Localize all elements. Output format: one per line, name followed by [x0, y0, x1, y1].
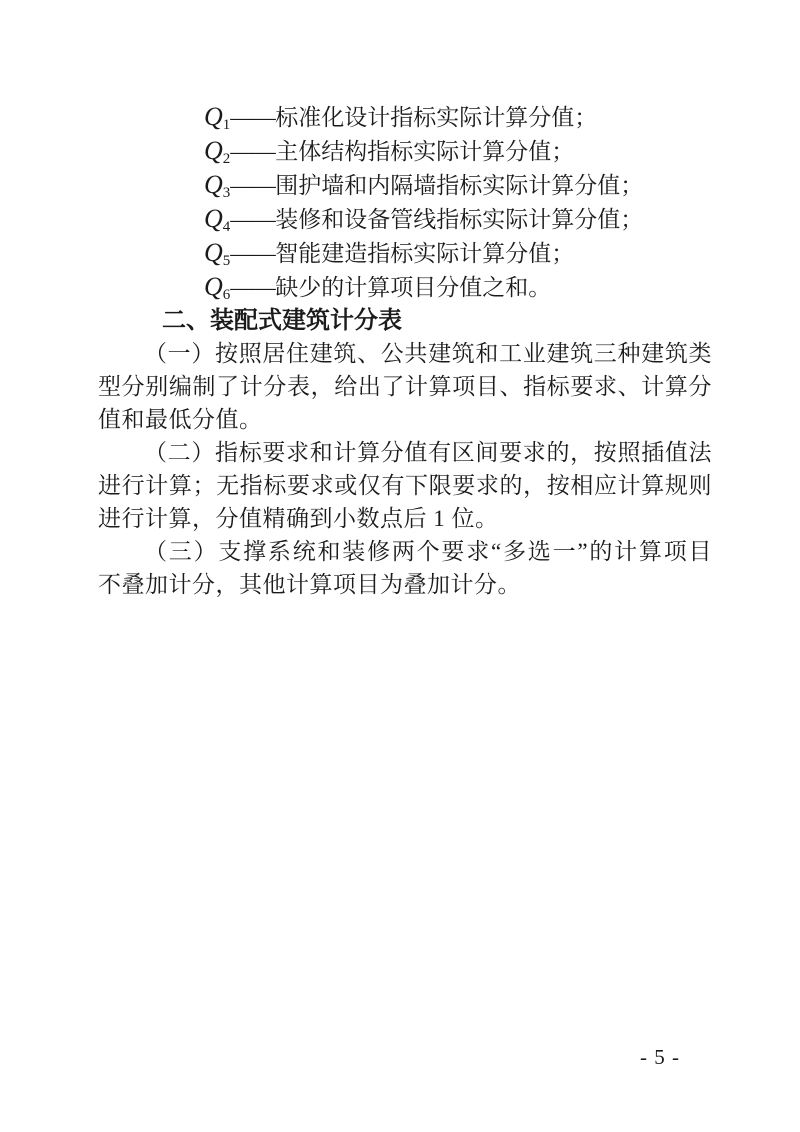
q-letter: Q	[204, 204, 223, 233]
definition-dash: ——	[230, 139, 275, 164]
definition-text: 围护墙和内隔墙指标实际计算分值；	[275, 173, 643, 198]
q-symbol: Q3	[204, 173, 230, 198]
definition-dash: ——	[230, 173, 275, 198]
q-letter: Q	[204, 102, 223, 131]
document-body: Q1——标准化设计指标实际计算分值；Q2——主体结构指标实际计算分值；Q3——围…	[98, 100, 712, 601]
q-symbol: Q6	[204, 275, 230, 300]
paragraph-line: 型分别编制了计分表，给出了计算项目、指标要求、计算分	[98, 370, 712, 403]
symbol-definitions-list: Q1——标准化设计指标实际计算分值；Q2——主体结构指标实际计算分值；Q3——围…	[98, 100, 712, 304]
definition-text: 标准化设计指标实际计算分值；	[275, 105, 597, 130]
definition-line: Q2——主体结构指标实际计算分值；	[98, 134, 712, 168]
q-letter: Q	[204, 272, 223, 301]
paragraph-line: 进行计算；无指标要求或仅有下限要求的，按相应计算规则	[98, 469, 712, 502]
paragraph: （一）按照居住建筑、公共建筑和工业建筑三种建筑类型分别编制了计分表，给出了计算项…	[98, 337, 712, 436]
paragraphs-block: （一）按照居住建筑、公共建筑和工业建筑三种建筑类型分别编制了计分表，给出了计算项…	[98, 337, 712, 601]
q-symbol: Q5	[204, 241, 230, 266]
definition-text: 装修和设备管线指标实际计算分值；	[275, 207, 643, 232]
definition-dash: ——	[230, 241, 275, 266]
definition-dash: ——	[230, 105, 275, 130]
paragraph: （二）指标要求和计算分值有区间要求的，按照插值法进行计算；无指标要求或仅有下限要…	[98, 436, 712, 535]
definition-line: Q3——围护墙和内隔墙指标实际计算分值；	[98, 168, 712, 202]
page-number: - 5 -	[618, 1044, 702, 1070]
definition-text: 缺少的计算项目分值之和。	[275, 275, 551, 300]
definition-text: 智能建造指标实际计算分值；	[275, 241, 574, 266]
definition-line: Q4——装修和设备管线指标实际计算分值；	[98, 202, 712, 236]
paragraph-line: 进行计算，分值精确到小数点后 1 位。	[98, 502, 712, 535]
definition-text: 主体结构指标实际计算分值；	[275, 139, 574, 164]
definition-dash: ——	[230, 207, 275, 232]
q-symbol: Q4	[204, 207, 230, 232]
paragraph-line: （一）按照居住建筑、公共建筑和工业建筑三种建筑类	[98, 337, 712, 370]
document-page: Q1——标准化设计指标实际计算分值；Q2——主体结构指标实际计算分值；Q3——围…	[0, 0, 800, 1132]
q-symbol: Q2	[204, 139, 230, 164]
paragraph-line: （二）指标要求和计算分值有区间要求的，按照插值法	[98, 436, 712, 469]
q-letter: Q	[204, 170, 223, 199]
q-letter: Q	[204, 136, 223, 165]
q-letter: Q	[204, 238, 223, 267]
q-symbol: Q1	[204, 105, 230, 130]
paragraph-line: 值和最低分值。	[98, 403, 712, 436]
paragraph: （三）支撑系统和装修两个要求“多选一”的计算项目不叠加计分，其他计算项目为叠加计…	[98, 535, 712, 601]
definition-line: Q5——智能建造指标实际计算分值；	[98, 236, 712, 270]
paragraph-line: 不叠加计分，其他计算项目为叠加计分。	[98, 568, 712, 601]
paragraph-line: （三）支撑系统和装修两个要求“多选一”的计算项目	[98, 535, 712, 568]
section-heading: 二、装配式建筑计分表	[98, 304, 712, 337]
definition-line: Q6——缺少的计算项目分值之和。	[98, 270, 712, 304]
definition-line: Q1——标准化设计指标实际计算分值；	[98, 100, 712, 134]
definition-dash: ——	[230, 275, 275, 300]
